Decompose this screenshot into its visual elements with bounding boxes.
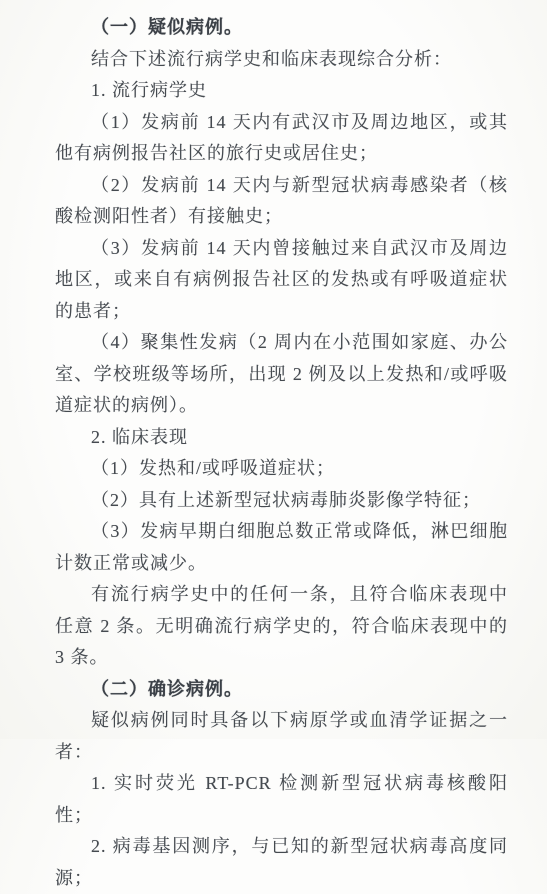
suspected-case-intro: 结合下述流行病学史和临床表现综合分析： <box>55 44 508 76</box>
clinical-item-3: （3）发病早期白细胞总数正常或降低，淋巴细胞计数正常或减少。 <box>55 516 508 579</box>
clinical-manifestation-title: 2. 临床表现 <box>55 422 508 454</box>
clinical-item-2: （2）具有上述新型冠状病毒肺炎影像学特征； <box>55 485 508 517</box>
confirmed-case-intro: 疑似病例同时具备以下病原学或血清学证据之一者： <box>55 705 508 739</box>
epidemiology-item-2: （2）发病前 14 天内与新型冠状病毒感染者（核酸检测阳性者）有接触史； <box>55 170 508 233</box>
document-page: （一）疑似病例。 结合下述流行病学史和临床表现综合分析： 1. 流行病学史 （1… <box>0 0 547 739</box>
epidemiology-item-4: （4）聚集性发病（2 周内在小范围如家庭、办公室、学校班级等场所，出现 2 例及… <box>55 327 508 422</box>
clinical-item-1: （1）发热和/或呼吸道症状； <box>55 453 508 485</box>
epidemiology-item-3: （3）发病前 14 天内曾接触过来自武汉市及周边地区，或来自有病例报告社区的发热… <box>55 233 508 328</box>
epidemiology-history-title: 1. 流行病学史 <box>55 75 508 107</box>
confirmed-case-heading: （二）确诊病例。 <box>55 674 508 706</box>
suspected-diagnosis-criteria: 有流行病学史中的任何一条，且符合临床表现中任意 2 条。无明确流行病学史的，符合… <box>55 579 508 674</box>
epidemiology-item-1: （1）发病前 14 天内有武汉市及周边地区，或其他有病例报告社区的旅行史或居住史… <box>55 107 508 170</box>
suspected-case-heading: （一）疑似病例。 <box>55 12 508 44</box>
